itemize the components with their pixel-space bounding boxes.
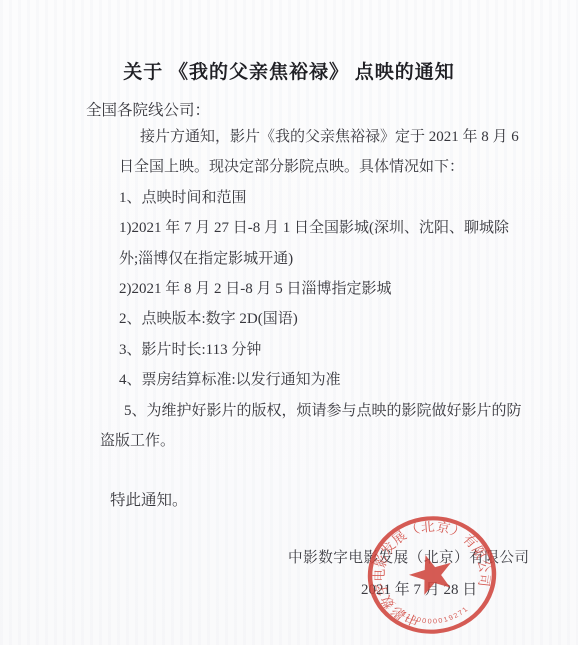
salutation: 全国各院线公司： bbox=[86, 98, 210, 120]
body-line: 2、点映版本:数字 2D(国语) bbox=[100, 304, 520, 334]
body-line: 2)2021 年 8 月 2 日-8 月 5 日淄博指定影城 bbox=[100, 274, 520, 304]
body-line: 1)2021 年 7 月 27 日-8 月 1 日全国影城(深圳、沈阳、聊城除 bbox=[100, 213, 520, 243]
body-line: 盗版工作。 bbox=[100, 426, 520, 456]
star-icon bbox=[404, 549, 458, 597]
body-line: 接片方通知，影片《我的父亲焦裕禄》定于 2021 年 8 月 6 bbox=[100, 122, 520, 152]
page-title: 关于 《我的父亲焦裕禄》 点映的通知 bbox=[0, 57, 578, 84]
notice-body: 接片方通知，影片《我的父亲焦裕禄》定于 2021 年 8 月 6 日全国上映。现… bbox=[100, 122, 520, 456]
closing-note: 特此通知。 bbox=[110, 488, 188, 510]
body-line: 1、点映时间和范围 bbox=[100, 183, 520, 213]
body-line: 日全国上映。现决定部分影院点映。具体情况如下： bbox=[100, 152, 520, 182]
body-line: 4、票房结算标准:以发行通知为准 bbox=[100, 365, 520, 395]
scanned-notice-page: 关于 《我的父亲焦裕禄》 点映的通知 全国各院线公司： 接片方通知，影片《我的父… bbox=[0, 0, 578, 645]
body-line: 3、影片时长:113 分钟 bbox=[100, 335, 520, 365]
body-line: 5、为维护好影片的版权，烦请参与点映的影院做好影片的防 bbox=[100, 396, 520, 426]
body-line: 外;淄博仅在指定影城开通) bbox=[100, 244, 520, 274]
official-seal-stamp: 中影数字电影发展（北京）有限公司 1100000019271 bbox=[358, 506, 506, 644]
